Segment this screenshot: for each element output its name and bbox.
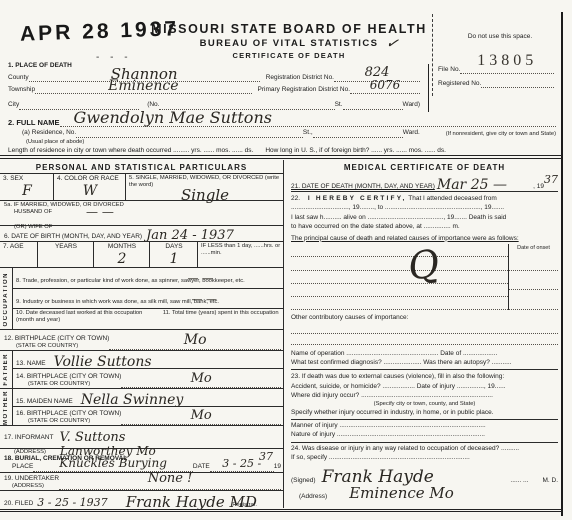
mother-birthplace-label: 16. BIRTHPLACE (CITY OR TOWN) xyxy=(16,410,121,418)
burial-row: 18. BURIAL, CREMATION OR REMOVAL 37 PLAC… xyxy=(0,449,283,473)
personal-particulars-column: PERSONAL AND STATISTICAL PARTICULARS 3. … xyxy=(0,160,284,508)
age-field: 7. AGE xyxy=(0,242,38,267)
onset-line xyxy=(509,251,558,271)
full-name-label: 2. FULL NAME xyxy=(8,118,60,127)
race-field: 4. COLOR OR RACE W xyxy=(54,174,126,200)
industry-value: — — xyxy=(192,293,218,306)
birthplace-sub-label: (STATE OR COUNTRY) xyxy=(16,343,109,350)
cause-line xyxy=(291,297,508,310)
birthplace-value: Mo xyxy=(109,332,281,348)
nature-line: Nature of injury .......................… xyxy=(291,430,558,439)
birthplace-label: 12. BIRTHPLACE (CITY OR TOWN) xyxy=(4,335,109,343)
marital-field: 5. SINGLE, MARRIED, WIDOWED, OR DIVORCED… xyxy=(126,174,283,200)
cause-line xyxy=(291,284,508,297)
abode-note: (Usual place of abode) xyxy=(26,139,84,146)
cause-line xyxy=(291,271,508,284)
primary-district-line: 6076 xyxy=(350,86,420,94)
residence-ward-label: Ward. xyxy=(403,129,420,137)
certify-number: 22. xyxy=(291,195,300,202)
cause-line xyxy=(291,257,508,270)
trade-row: 8. Trade, profession, or particular kind… xyxy=(13,268,283,288)
medical-certificate-column: MEDICAL CERTIFICATE OF DEATH 21. DATE OF… xyxy=(284,160,562,508)
onset-line xyxy=(509,290,558,310)
nonresident-note: (If nonresident, give city or town and S… xyxy=(446,131,556,138)
occupation-side-label: OCCUPATION xyxy=(3,272,9,326)
father-name-row: 13. NAME Vollie Suttons xyxy=(13,351,283,369)
if-so-line: If so, specify .........................… xyxy=(291,453,558,462)
do-not-use-note: Do not use this space. xyxy=(444,33,556,40)
mother-birthplace-value: Mo xyxy=(121,408,281,423)
husband-of-text: HUSBAND OF xyxy=(14,209,52,223)
registration-district-label: Registration District No. xyxy=(266,74,334,82)
age-years-field: YEARS xyxy=(38,242,94,267)
certificate-columns: PERSONAL AND STATISTICAL PARTICULARS 3. … xyxy=(0,160,562,508)
where-note: (Specify city or town, county, and State… xyxy=(291,401,558,408)
township-label: Township xyxy=(8,86,35,94)
residence-st-line xyxy=(313,130,403,138)
industry-label: 9. Industry or business in which work wa… xyxy=(16,299,219,305)
age-less-label: IF LESS than 1 day, ......hrs. or ......… xyxy=(201,243,281,257)
where-injury-line: Where did injury occur? ................… xyxy=(291,391,558,400)
residence-st-label: St., xyxy=(303,129,313,137)
certify-line3: I last saw h.......... alive on ........… xyxy=(291,213,558,222)
birth-date-label: 6. DATE OF BIRTH (MONTH, DAY, AND YEAR) xyxy=(4,233,142,241)
contributory-label: Other contributory causes of importance: xyxy=(291,313,558,322)
father-birthplace-label: 14. BIRTHPLACE (CITY OR TOWN) xyxy=(16,373,121,381)
married-label: 5a. IF MARRIED, WIDOWED, OR DIVORCED xyxy=(4,202,281,209)
mother-birthplace-row: 16. BIRTHPLACE (CITY OR TOWN) (STATE OR … xyxy=(13,407,283,426)
contributory-line xyxy=(291,334,558,345)
father-name-value: Vollie Suttons xyxy=(54,354,152,370)
operation-line: Name of operation ......................… xyxy=(291,349,558,358)
date-of-onset-label: Date of onset xyxy=(509,244,558,251)
township-line: Eminence xyxy=(35,86,251,94)
spouse-value: — — xyxy=(86,205,114,219)
handwritten-cause-mark: Q xyxy=(406,244,442,286)
md-label: M. D. xyxy=(542,477,558,485)
certify-line2: ................................, 19....… xyxy=(291,203,558,212)
filed-date-value: 3 - 25 - 1937 xyxy=(37,496,107,509)
father-rows: 13. NAME Vollie Suttons 14. BIRTHPLACE (… xyxy=(13,351,283,388)
death-date-row: 21. DATE OF DEATH (MONTH, DAY, AND YEAR)… xyxy=(291,175,558,192)
file-no-label: File No. xyxy=(438,66,460,74)
related-occupation-line: 24. Was disease or injury in any way rel… xyxy=(291,442,558,453)
burial-date-value: 3 - 25 - xyxy=(210,457,274,470)
informant-row: 17. INFORMANT V. Suttons (ADDRESS) Lanwo… xyxy=(0,426,283,449)
age-days-label: DAYS xyxy=(153,243,195,251)
last-worked-label: 10. Date deceased last worked at this oc… xyxy=(16,310,158,324)
city-label: City xyxy=(8,101,19,109)
address-label: (Address) xyxy=(299,493,327,501)
father-name-label: 13. NAME xyxy=(16,360,46,368)
mother-birthplace-line: Mo xyxy=(121,417,281,425)
industry-row: 9. Industry or business in which work wa… xyxy=(13,289,283,309)
page-title: MISSOURI STATE BOARD OF HEALTH xyxy=(150,22,428,36)
cause-line xyxy=(291,244,508,257)
mother-name-label: 15. MAIDEN NAME xyxy=(16,398,73,406)
primary-district-value: 6076 xyxy=(350,78,420,92)
personal-header: PERSONAL AND STATISTICAL PARTICULARS xyxy=(0,160,283,174)
file-no-line: 13805 xyxy=(460,66,554,74)
birth-date-value: Jan 24 - 1937 xyxy=(146,228,234,243)
burial-place-label: PLACE xyxy=(12,463,33,471)
residence-label: (a) Residence, No. xyxy=(22,129,76,137)
death-date-label: 21. DATE OF DEATH (MONTH, DAY, AND YEAR) xyxy=(291,183,435,191)
undertaker-line: None ! xyxy=(59,482,281,490)
header-divider-dashed xyxy=(432,14,433,96)
father-birthplace-sub-label: (STATE OR COUNTRY) xyxy=(28,381,121,388)
death-date-value: Mar 25 — xyxy=(437,177,507,193)
undertaker-value: None ! xyxy=(59,471,281,486)
filed-row: 20. FILED 3 - 25 - 1937 Frank Hayde MD R… xyxy=(0,491,283,508)
death-date-19-label: , 19 xyxy=(533,183,544,191)
birthplace-row: 12. BIRTHPLACE (CITY OR TOWN) (STATE OR … xyxy=(0,330,283,351)
mother-side-label-box: MOTHER xyxy=(0,389,13,426)
township-value: Eminence xyxy=(35,78,251,94)
age-months-value: 2 xyxy=(97,251,147,267)
age-months-field: MONTHS 2 xyxy=(94,242,150,267)
mother-side-label: MOTHER xyxy=(3,390,9,425)
informant-label: 17. INFORMANT xyxy=(4,434,53,442)
death-certificate-scan: APR 28 1937 - - - MISSOURI STATE BOARD O… xyxy=(0,0,572,520)
father-birthplace-value: Mo xyxy=(121,371,281,386)
primary-district-label: Primary Registration District No. xyxy=(258,86,350,94)
accident-line: Accident, suicide, or homicide? ........… xyxy=(291,382,558,391)
sex-value: F xyxy=(3,183,51,199)
ward-label: Ward) xyxy=(403,101,420,109)
registered-no-line xyxy=(481,80,554,88)
filed-label: 20. FILED xyxy=(4,500,33,508)
certify-line4: to have occurred on the date stated abov… xyxy=(291,222,558,231)
birthplace-line: Mo xyxy=(109,342,281,350)
race-value: W xyxy=(57,183,123,199)
father-birthplace-row: 14. BIRTHPLACE (CITY OR TOWN) (STATE OR … xyxy=(13,369,283,388)
file-no-value: 13805 xyxy=(460,52,554,70)
place-of-death-section: 1. PLACE OF DEATH County Shannon Registr… xyxy=(8,62,420,110)
file-box-divider xyxy=(428,64,429,112)
physician-address-row: (Address) Eminence Mo xyxy=(291,485,558,501)
bottom-double-rule xyxy=(0,509,562,512)
principal-cause-box: Date of onset Q xyxy=(291,244,558,310)
file-number-box: File No. 13805 Registered No. xyxy=(438,66,554,88)
father-block: FATHER 13. NAME Vollie Suttons 14. BIRTH… xyxy=(0,351,283,389)
informant-value: V. Suttons xyxy=(59,430,125,445)
registered-no-label: Registered No. xyxy=(438,80,481,88)
married-widowed-row: 5a. IF MARRIED, WIDOWED, OR DIVORCED HUS… xyxy=(0,201,283,226)
undertaker-address-label: (ADDRESS) xyxy=(12,483,59,490)
age-row: 7. AGE YEARS MONTHS 2 DAYS 1 IF LESS tha… xyxy=(0,242,283,268)
undertaker-row: 19. UNDERTAKER (ADDRESS) None ! xyxy=(0,473,283,491)
physician-address-value: Eminence Mo xyxy=(349,484,454,502)
mother-name-row: 15. MAIDEN NAME Nella Swinney xyxy=(13,389,283,407)
birth-date-row: 6. DATE OF BIRTH (MONTH, DAY, AND YEAR) … xyxy=(0,226,283,242)
mother-rows: 15. MAIDEN NAME Nella Swinney 16. BIRTHP… xyxy=(13,389,283,426)
certify-line1: 22. I HEREBY CERTIFY, That I attended de… xyxy=(291,194,558,203)
age-years-label: YEARS xyxy=(41,243,91,251)
occupation-side-label-box: OCCUPATION xyxy=(0,268,13,329)
contributory-line xyxy=(291,323,558,334)
street-label: St. xyxy=(335,101,343,109)
age-label: 7. AGE xyxy=(3,243,35,251)
full-name-line: Gwendolyn Mae Suttons xyxy=(60,119,556,127)
occupation-block: OCCUPATION 8. Trade, profession, or part… xyxy=(0,268,283,330)
last-worked-row: 10. Date deceased last worked at this oc… xyxy=(13,309,283,329)
mother-block: MOTHER 15. MAIDEN NAME Nella Swinney 16.… xyxy=(0,389,283,427)
certify-block: 22. I HEREBY CERTIFY, That I attended de… xyxy=(291,192,558,232)
registrar-label: Registrar. xyxy=(232,502,257,509)
age-less-field: IF LESS than 1 day, ......hrs. or ......… xyxy=(198,242,283,267)
manner-line: Manner of injury .......................… xyxy=(291,419,558,430)
certify-rest-text: That I attended deceased from xyxy=(408,195,497,202)
total-time-field: 11. Total time (years) spent in this occ… xyxy=(160,309,283,329)
onset-line xyxy=(509,271,558,291)
residence-no-line xyxy=(76,130,303,138)
age-days-value: 1 xyxy=(153,251,195,267)
husband-of-label: HUSBAND OF — — xyxy=(14,209,281,223)
test-line: What test confirmed diagnosis? .........… xyxy=(291,358,558,370)
certificate-heading: CERTIFICATE OF DEATH xyxy=(150,51,428,60)
mother-birthplace-sub-label: (STATE OR COUNTRY) xyxy=(28,418,121,425)
county-label: County xyxy=(8,74,29,82)
occupation-rows: 8. Trade, profession, or particular kind… xyxy=(13,268,283,329)
last-worked-field: 10. Date deceased last worked at this oc… xyxy=(13,309,160,329)
burial-place-value: Knuckles Burying xyxy=(33,456,193,470)
father-side-label: FATHER xyxy=(3,353,9,386)
signed-dots: ...... ... xyxy=(510,477,528,485)
section-double-rule xyxy=(0,155,562,159)
signed-row: (Signed) Frank Hayde ...... ... M. D. xyxy=(291,463,558,485)
sex-label: 3. SEX xyxy=(3,175,51,183)
full-name-value: Gwendolyn Mae Suttons xyxy=(74,108,272,127)
age-days-field: DAYS 1 xyxy=(150,242,198,267)
handwritten-check-mark: ✓ xyxy=(385,33,401,53)
total-time-label: 11. Total time (years) spent in this occ… xyxy=(163,310,281,317)
undertaker-label: 19. UNDERTAKER xyxy=(4,475,59,483)
sex-race-marital-row: 3. SEX F 4. COLOR OR RACE W 5. SINGLE, M… xyxy=(0,174,283,201)
specify-injury-line: Specify whether injury occurred in indus… xyxy=(291,408,558,417)
death-date-year-value: 37 xyxy=(544,173,558,186)
trade-value: — — xyxy=(188,272,214,285)
age-months-label: MONTHS xyxy=(97,243,147,251)
mother-name-value: Nella Swinney xyxy=(81,392,184,408)
full-name-section: 2. FULL NAME Gwendolyn Mae Suttons (a) R… xyxy=(8,118,556,156)
medical-header: MEDICAL CERTIFICATE OF DEATH xyxy=(291,160,558,175)
cause-write-lines xyxy=(291,244,508,310)
race-label: 4. COLOR OR RACE xyxy=(57,175,123,183)
sex-field: 3. SEX F xyxy=(0,174,54,200)
external-causes-label: 23. If death was due to external causes … xyxy=(291,372,558,381)
date-of-onset-column: Date of onset xyxy=(508,244,558,310)
father-birthplace-line: Mo xyxy=(121,380,281,388)
father-side-label-box: FATHER xyxy=(0,351,13,388)
ward-line xyxy=(343,102,403,110)
certify-strong-text: I HEREBY CERTIFY, xyxy=(308,195,407,202)
signed-label: (Signed) xyxy=(291,477,316,485)
